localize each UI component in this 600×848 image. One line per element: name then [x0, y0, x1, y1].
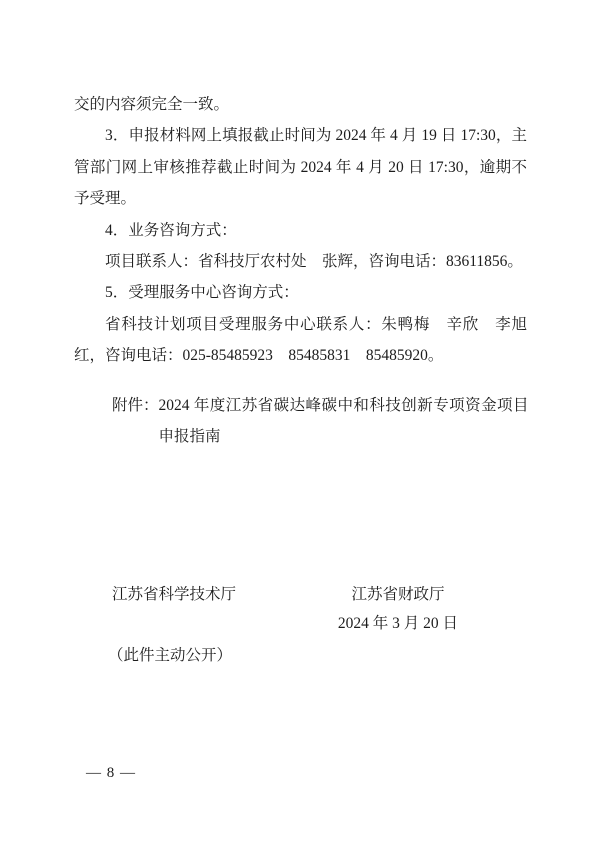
attachment-title: 2024 年度江苏省碳达峰碳中和科技创新专项资金项目申报指南 — [159, 390, 529, 453]
page-number: — 8 — — [86, 759, 136, 788]
paragraph-item-5-heading: 5．受理服务中心咨询方式： — [74, 277, 527, 308]
signature-right-agency: 江苏省财政厅 — [333, 580, 463, 609]
signature-right-block: 江苏省财政厅 2024 年 3 月 20 日 — [333, 580, 463, 638]
signature-date: 2024 年 3 月 20 日 — [333, 609, 463, 638]
signature-left-agency: 江苏省科学技术厅 — [112, 580, 236, 609]
paragraph-continuation: 交的内容须完全一致。 — [74, 89, 527, 120]
paragraph-item-5-contacts: 省科技计划项目受理服务中心联系人：朱鸭梅 辛欣 李旭红，咨询电话：025-854… — [74, 309, 527, 372]
document-page: 交的内容须完全一致。 3．申报材料网上填报截止时间为 2024 年 4 月 19… — [0, 0, 600, 848]
paragraph-item-4-contact: 项目联系人：省科技厅农村处 张辉，咨询电话：83611856。 — [74, 246, 527, 277]
paragraph-item-3-deadlines: 3．申报材料网上填报截止时间为 2024 年 4 月 19 日 17:30，主管… — [74, 120, 527, 214]
attachment-section: 附件： 2024 年度江苏省碳达峰碳中和科技创新专项资金项目申报指南 — [112, 390, 530, 453]
disclosure-note: （此件主动公开） — [108, 641, 232, 670]
paragraph-item-4-heading: 4．业务咨询方式： — [74, 215, 527, 246]
body-text-block: 交的内容须完全一致。 3．申报材料网上填报截止时间为 2024 年 4 月 19… — [74, 89, 527, 372]
attachment-label: 附件： — [112, 390, 159, 421]
